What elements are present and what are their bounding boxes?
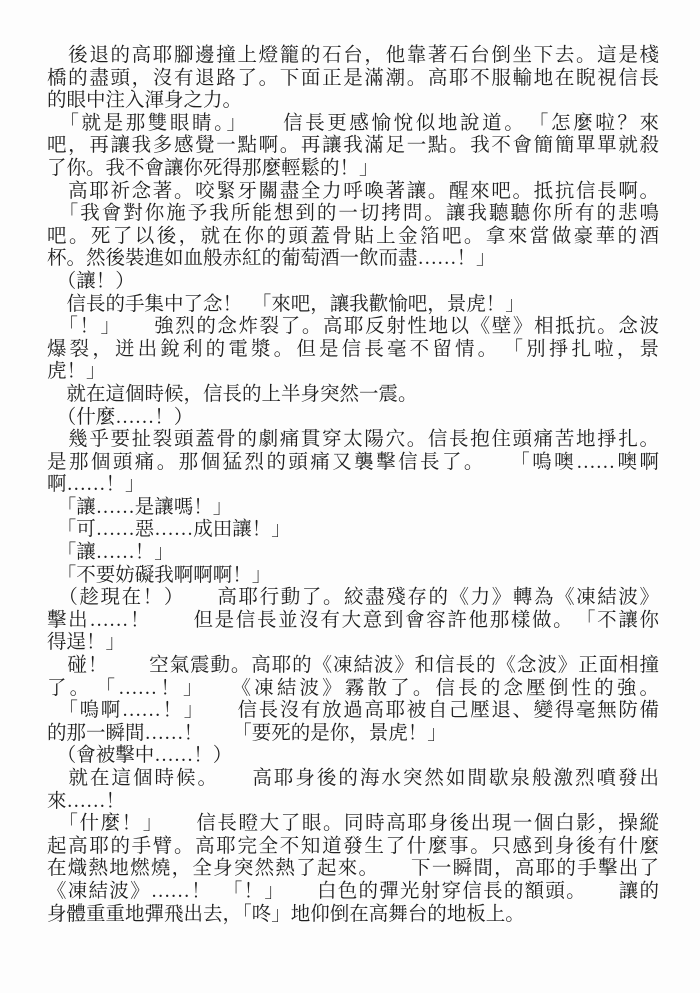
text-line: 在熾熱地燃燒，全身突然熱了起來。 下一瞬間，高耶的手擊出了: [47, 858, 659, 881]
text-line: （什麼……！）: [47, 407, 659, 430]
text-line: 「讓……！」: [47, 542, 659, 565]
text-line: 虎！」: [47, 361, 659, 384]
text-line: （會被擊中……！）: [47, 745, 659, 768]
text-line: 「我會對你施予我所能想到的一切拷問。讓我聽聽你所有的悲鳴: [47, 203, 659, 226]
text-line: 爆裂，迸出銳利的電漿。但是信長毫不留情。 「別掙扎啦，景: [47, 339, 659, 362]
text-line: 來……！: [47, 791, 659, 814]
text-line: 「不要妨礙我啊啊啊！」: [47, 565, 659, 588]
text-line: 吧。死了以後，就在你的頭蓋骨貼上金箔吧。拿來當做豪華的酒: [47, 226, 659, 249]
text-line: 的眼中注入渾身之力。: [47, 90, 659, 113]
text-line: 幾乎要扯裂頭蓋骨的劇痛貫穿太陽穴。信長抱住頭痛苦地掙扎。: [47, 429, 659, 452]
text-line: 高耶祈念著。咬緊牙關盡全力呼喚著讓。醒來吧。抵抗信長啊。: [47, 181, 659, 204]
text-line: 的那一瞬間……！ 「要死的是你，景虎！」: [47, 723, 659, 746]
text-line: （讓！）: [47, 271, 659, 294]
text-line: 了你。我不會讓你死得那麼輕鬆的！」: [47, 158, 659, 181]
text-line: 就在這個時候，信長的上半身突然一震。: [47, 384, 659, 407]
text-line: 信長的手集中了念！ 「來吧，讓我歡愉吧，景虎！」: [47, 294, 659, 317]
text-line: 碰！ 空氣震動。高耶的《凍結波》和信長的《念波》正面相撞: [47, 655, 659, 678]
text-line: 杯。然後裝進如血般赤紅的葡萄酒一飲而盡……！」: [47, 248, 659, 271]
text-line: 《凍結波》……！ 「！」 白色的彈光射穿信長的額頭。 讓的: [47, 881, 659, 904]
novel-text-block: 後退的高耶腳邊撞上燈籠的石台，他靠著石台倒坐下去。這是棧橋的盡頭，沒有退路了。下…: [0, 0, 700, 926]
text-line: 「讓……是讓嗎！」: [47, 497, 659, 520]
text-line: 吧，再讓我多感覺一點啊。再讓我滿足一點。我不會簡簡單單就殺: [47, 135, 659, 158]
text-line: 起高耶的手臂。高耶完全不知道發生了什麼事。只感到身後有什麼: [47, 836, 659, 859]
text-line: 是那個頭痛。那個猛烈的頭痛又襲擊信長了。 「嗚噢……噢啊: [47, 452, 659, 475]
text-line: 啊……！」: [47, 474, 659, 497]
novel-page: 後退的高耶腳邊撞上燈籠的石台，他靠著石台倒坐下去。這是棧橋的盡頭，沒有退路了。下…: [0, 0, 700, 993]
text-line: 了。 「……！」 《凍結波》霧散了。信長的念壓倒性的強。: [47, 678, 659, 701]
text-line: 就在這個時候。 高耶身後的海水突然如間歇泉般激烈噴發出: [47, 768, 659, 791]
text-line: 身體重重地彈飛出去，「咚」地仰倒在高舞台的地板上。: [47, 904, 659, 927]
text-line: 「就是那雙眼睛。」 信長更感愉悅似地說道。 「怎麼啦？來: [47, 113, 659, 136]
text-line: 「可……惡……成田讓！」: [47, 519, 659, 542]
text-line: 「！」 強烈的念炸裂了。高耶反射性地以《壁》相抵抗。念波: [47, 316, 659, 339]
text-line: 得逞！」: [47, 632, 659, 655]
text-line: 橋的盡頭，沒有退路了。下面正是滿潮。高耶不服輸地在睨視信長: [47, 68, 659, 91]
text-line: 擊出……！ 但是信長並沒有大意到會容許他那樣做。 「不讓你: [47, 610, 659, 633]
text-line: 「什麼！」 信長瞪大了眼。同時高耶身後出現一個白影，操縱: [47, 813, 659, 836]
text-line: （趁現在！） 高耶行動了。絞盡殘存的《力》轉為《凍結波》: [47, 587, 659, 610]
text-line: 後退的高耶腳邊撞上燈籠的石台，他靠著石台倒坐下去。這是棧: [47, 45, 659, 68]
text-line: 「嗚啊……！」 信長沒有放過高耶被自己壓退、變得毫無防備: [47, 700, 659, 723]
